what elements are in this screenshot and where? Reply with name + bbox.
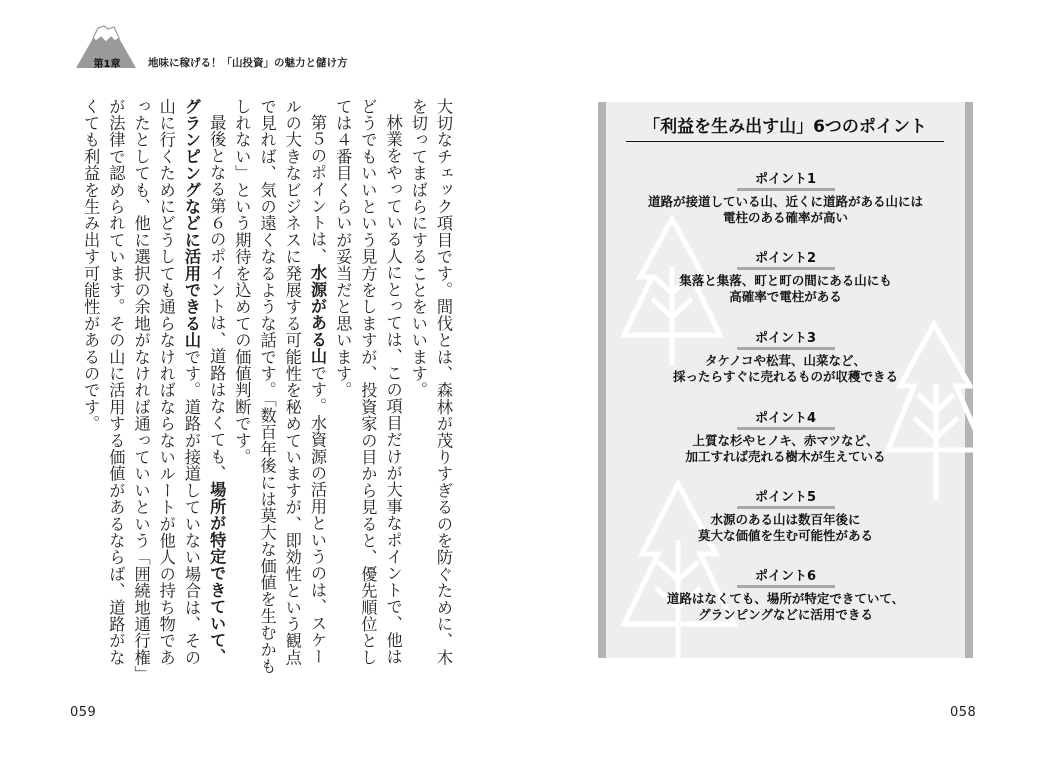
point-desc-line: タケノコや松茸、山菜など、 (618, 353, 953, 369)
point-desc-line: 加工すれば売れる樹木が生えている (618, 449, 953, 465)
body-text-segment: 最後となる第６のポイントは、道路はなくても、 (207, 114, 226, 481)
emphasis-text: 水源がある山 (308, 265, 327, 365)
running-header: 第1章 地味に稼げる！「山投資」の魅力と儲け方 (76, 24, 396, 72)
point-label: ポイント4 (737, 407, 835, 430)
body-paragraph: 第５のポイントは、水源がある山です。水資源の活用というのは、スケールの大きなビジ… (229, 98, 330, 678)
point-desc: 道路はなくても、場所が特定できていて、 グランピングなどに活用できる (618, 591, 953, 623)
point-desc: 道路が接道している山、近くに道路がある山には 電柱のある確率が高い (618, 194, 953, 226)
point-desc-line: 莫大な価値を生む可能性がある (618, 528, 953, 544)
body-text: 大切なチェック項目です。間伐とは、森林が茂りすぎるのを防ぐために、木を切ってまば… (64, 98, 456, 678)
point-label: ポイント5 (737, 486, 835, 509)
point-desc-line: グランピングなどに活用できる (618, 607, 953, 623)
point-4: ポイント4 上質な杉やヒノキ、赤マツなど、 加工すれば売れる樹木が生えている (618, 407, 953, 465)
body-paragraph: 最後となる第６のポイントは、道路はなくても、場所が特定できていて、グランピングな… (78, 98, 229, 678)
point-desc-line: 道路はなくても、場所が特定できていて、 (618, 591, 953, 607)
point-desc-line: 集落と集落、町と町の間にある山にも (618, 273, 953, 289)
chapter-title: 地味に稼げる！「山投資」の魅力と儲け方 (148, 55, 348, 70)
panel-left-bar (598, 102, 606, 658)
body-paragraph: 大切なチェック項目です。間伐とは、森林が茂りすぎるのを防ぐために、木を切ってまば… (406, 98, 456, 678)
point-desc-line: 道路が接道している山、近くに道路がある山には (618, 194, 953, 210)
point-desc-line: 高確率で電柱がある (618, 289, 953, 305)
body-text-segment: 林業をやっている人にとっては、この項目だけが大事なポイントで、他はどうでもいいと… (333, 98, 402, 666)
point-desc-line: 電柱のある確率が高い (618, 210, 953, 226)
point-desc-line: 上質な杉やヒノキ、赤マツなど、 (618, 433, 953, 449)
points-panel: 「利益を生み出す山」6つのポイント ポイント1 道路が接道している山、近くに道路… (598, 102, 973, 658)
body-text-segment: 大切なチェック項目です。間伐とは、森林が茂りすぎるのを防ぐために、木を切ってまば… (409, 98, 453, 666)
point-desc-line: 採ったらすぐに売れるものが収穫できる (618, 369, 953, 385)
body-paragraph: 林業をやっている人にとっては、この項目だけが大事なポイントで、他はどうでもいいと… (330, 98, 406, 678)
point-2: ポイント2 集落と集落、町と町の間にある山にも 高確率で電柱がある (618, 247, 953, 305)
panel-title: 「利益を生み出す山」6つのポイント (626, 112, 944, 142)
point-label: ポイント1 (737, 168, 835, 191)
point-label: ポイント2 (737, 247, 835, 270)
point-desc: 上質な杉やヒノキ、赤マツなど、 加工すれば売れる樹木が生えている (618, 433, 953, 465)
point-label: ポイント3 (737, 327, 835, 350)
point-desc: 水源のある山は数百年後に 莫大な価値を生む可能性がある (618, 512, 953, 544)
body-text-segment: 第５のポイントは、 (308, 114, 327, 264)
point-5: ポイント5 水源のある山は数百年後に 莫大な価値を生む可能性がある (618, 486, 953, 544)
point-3: ポイント3 タケノコや松茸、山菜など、 採ったらすぐに売れるものが収穫できる (618, 327, 953, 385)
point-desc: タケノコや松茸、山菜など、 採ったらすぐに売れるものが収穫できる (618, 353, 953, 385)
page-number-left: 059 (70, 705, 96, 720)
point-desc-line: 水源のある山は数百年後に (618, 512, 953, 528)
chapter-badge: 第1章 (88, 55, 126, 70)
point-6: ポイント6 道路はなくても、場所が特定できていて、 グランピングなどに活用できる (618, 565, 953, 623)
page-number-right: 058 (950, 705, 976, 720)
point-1: ポイント1 道路が接道している山、近くに道路がある山には 電柱のある確率が高い (618, 168, 953, 226)
point-desc: 集落と集落、町と町の間にある山にも 高確率で電柱がある (618, 273, 953, 305)
point-label: ポイント6 (737, 565, 835, 588)
